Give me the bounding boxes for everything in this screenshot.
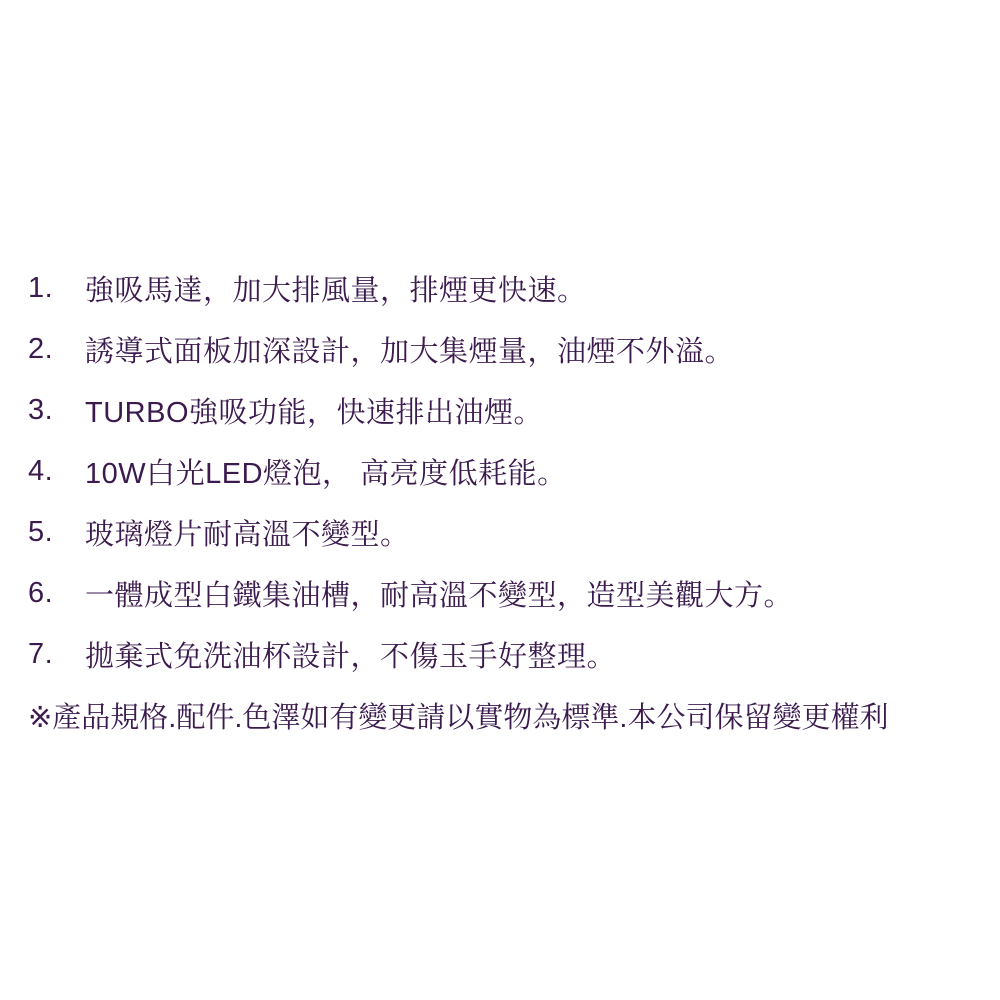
list-item: 1. 強吸馬達，加大排風量，排煙更快速。 [28, 258, 980, 319]
disclaimer-text: ※產品規格.配件.色澤如有變更請以實物為標準.本公司保留變更權利 [28, 685, 980, 746]
list-item: 2. 誘導式面板加深設計，加大集煙量，油煙不外溢。 [28, 319, 980, 380]
item-text: 10W白光LED燈泡， 高亮度低耗能。 [85, 451, 980, 492]
list-item: 6. 一體成型白鐵集油槽，耐高溫不變型，造型美觀大方。 [28, 563, 980, 624]
item-text: 一體成型白鐵集油槽，耐高溫不變型，造型美觀大方。 [85, 573, 980, 614]
product-feature-page: 1. 強吸馬達，加大排風量，排煙更快速。 2. 誘導式面板加深設計，加大集煙量，… [0, 0, 1000, 1000]
item-text: 強吸馬達，加大排風量，排煙更快速。 [85, 268, 980, 309]
item-number: 4. [28, 455, 85, 488]
item-number: 5. [28, 516, 85, 549]
item-text: TURBO強吸功能，快速排出油煙。 [85, 390, 980, 431]
list-item: 5. 玻璃燈片耐高溫不變型。 [28, 502, 980, 563]
item-number: 2. [28, 333, 85, 366]
item-number: 6. [28, 577, 85, 610]
list-item: 7. 拋棄式免洗油杯設計，不傷玉手好整理。 [28, 624, 980, 685]
item-number: 7. [28, 638, 85, 671]
item-number: 1. [28, 272, 85, 305]
item-text: 誘導式面板加深設計，加大集煙量，油煙不外溢。 [85, 329, 980, 370]
list-item: 4. 10W白光LED燈泡， 高亮度低耗能。 [28, 441, 980, 502]
list-item: 3. TURBO強吸功能，快速排出油煙。 [28, 380, 980, 441]
item-number: 3. [28, 394, 85, 427]
item-text: 玻璃燈片耐高溫不變型。 [85, 512, 980, 553]
item-text: 拋棄式免洗油杯設計，不傷玉手好整理。 [85, 634, 980, 675]
